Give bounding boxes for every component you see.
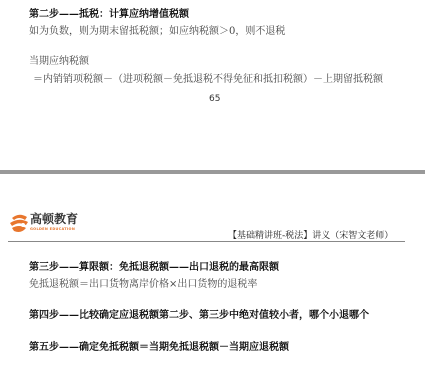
step3-heading: 第三步——算限额：免抵退税额——出口退税的最高限额: [29, 262, 279, 274]
step5-heading: 第五步——确定免抵税额＝当期免抵退税额－当期应退税额: [29, 342, 289, 354]
step2-note: 如为负数，则为期末留抵税额；如应纳税额＞0，则不退税: [29, 26, 285, 38]
handout-title: 【基础精讲班-税法】讲义（宋智文老师）: [228, 228, 393, 241]
step4-heading: 第四步——比较确定应退税额第二步、第三步中绝对值较小者，哪个小退哪个: [29, 310, 369, 322]
header-divider: [8, 241, 405, 242]
step2-heading: 第二步——抵税：计算应纳增值税额: [29, 9, 189, 21]
brand-logo: 高顿教育 GOLDEN EDUCATION: [8, 212, 78, 234]
formula-body: ＝内销销项税额－（进项税额－免抵退税不得免征和抵扣税额）－上期留抵税额: [33, 74, 383, 86]
golden-education-swirl-icon: [8, 212, 30, 234]
page-separator: [0, 170, 425, 174]
formula-label: 当期应纳税额: [29, 56, 89, 68]
logo-subtext: GOLDEN EDUCATION: [30, 227, 75, 231]
page-number: 65: [209, 94, 220, 104]
logo-text: 高顿教育: [30, 213, 78, 226]
step3-formula: 免抵退税额＝出口货物离岸价格×出口货物的退税率: [29, 279, 257, 291]
